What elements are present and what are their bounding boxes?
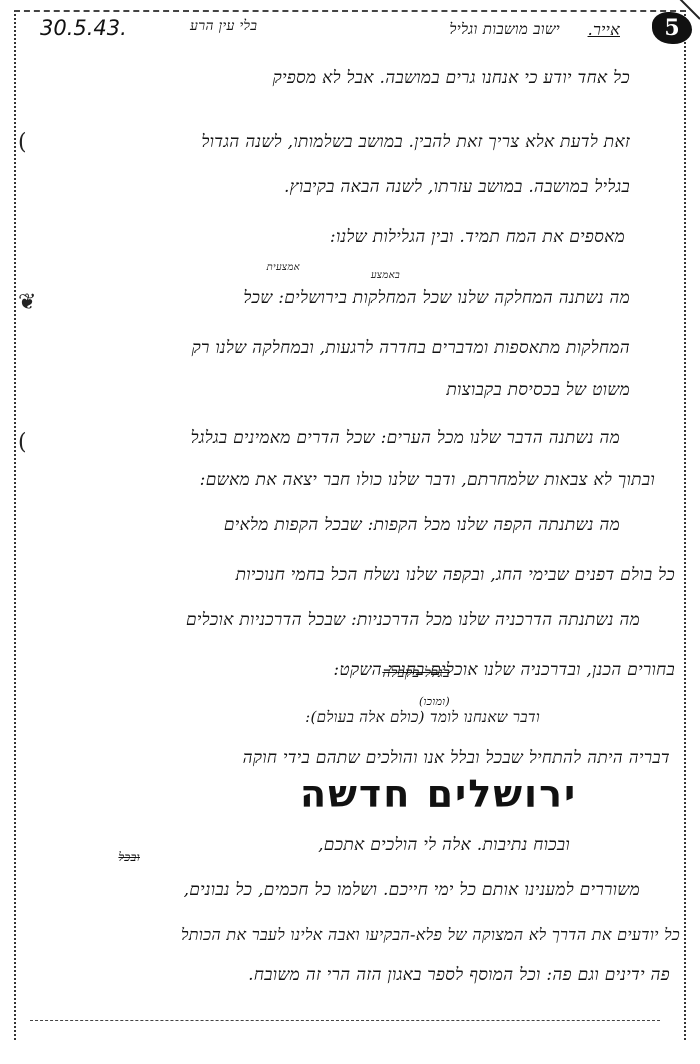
- interlinear-note-2: אמצעית: [267, 262, 300, 273]
- text-line-3: בגליל במושבה. במושב עזרתו, לשנה הבאה בקי…: [284, 177, 630, 197]
- text-line-2: זאת לדעת אלא צריך זאת להבין. במושב בשלמו…: [201, 132, 630, 152]
- header-subtitle: ישוב מושבות וגליל: [449, 20, 560, 39]
- text-line-18: כל יודעים את הדרך לא המצוקה של פלא-הבקיע…: [181, 925, 680, 945]
- text-line-15: דבריה היתה להתחיל שבכל ובלל אנו והולכים …: [243, 748, 670, 768]
- text-line-11: כל בולם דפנים שבימי החג, ובקפה שלנו נשלח…: [236, 565, 675, 585]
- page-number-stamp: 5: [652, 12, 692, 44]
- struck-text-1: בגלל בקבלה: [382, 665, 450, 682]
- margin-bracket-mark: (: [18, 130, 27, 155]
- document-date: 30.5.43.: [40, 16, 127, 40]
- text-line-6: המחלקות מתאספות ומדברים בחדרה לרגעות, וב…: [192, 338, 630, 358]
- text-line-14: ודבר שאנחנו לומד (כולם אלה בעולם):: [305, 708, 540, 727]
- margin-leaf-mark: ❦: [18, 290, 36, 315]
- text-line-1: כל אחד יודע כי אנחנו גרים במושבה. אבל לא…: [273, 68, 630, 88]
- text-line-16: ובכוח נתיבות. אלה לי הולכים אתכם,: [318, 835, 570, 855]
- interlinear-note-3: (ומוכו): [419, 695, 450, 708]
- text-line-7: משוט של בכסיסת בקבוצות: [446, 380, 630, 400]
- interlinear-note-1: באמצע: [371, 270, 400, 281]
- text-line-19: פה ידינים וגם פה: וכל המוסף לספר באגון ה…: [248, 965, 670, 985]
- text-line-17: משוררים למענינו אותם כל ימי חייכם. ושלמו…: [184, 880, 640, 900]
- text-line-5: מה נשתנה המחלקה שלנו שכל המחלקות בירושלי…: [243, 288, 630, 308]
- header-title: אייר.: [588, 20, 620, 40]
- struck-text-2: ובכל: [118, 850, 140, 865]
- header-note: בלי עין הרע: [190, 18, 257, 35]
- text-line-9: ובתוך לא צבאות שלמחרתם, ודבר שלנו כולו ח…: [200, 470, 655, 490]
- text-line-10: מה נשתנתה הקפה שלנו מכל הקפות: שבכל הקפו…: [224, 515, 620, 535]
- text-line-12: מה נשתנתה הדרכניה שלנו מכל הדרכניות: שבכ…: [186, 610, 640, 630]
- margin-bracket-mark-2: (: [18, 430, 27, 455]
- text-line-8: מה נשתנה הדבר שלנו מכל הערים: שכל הדרים …: [191, 428, 620, 448]
- text-line-4: מאספים את המח תמיד. ובין הגלילות שלנו:: [330, 227, 625, 247]
- emphasized-heading: ירושלים חדשה: [300, 772, 577, 816]
- bottom-rule: [30, 1020, 660, 1021]
